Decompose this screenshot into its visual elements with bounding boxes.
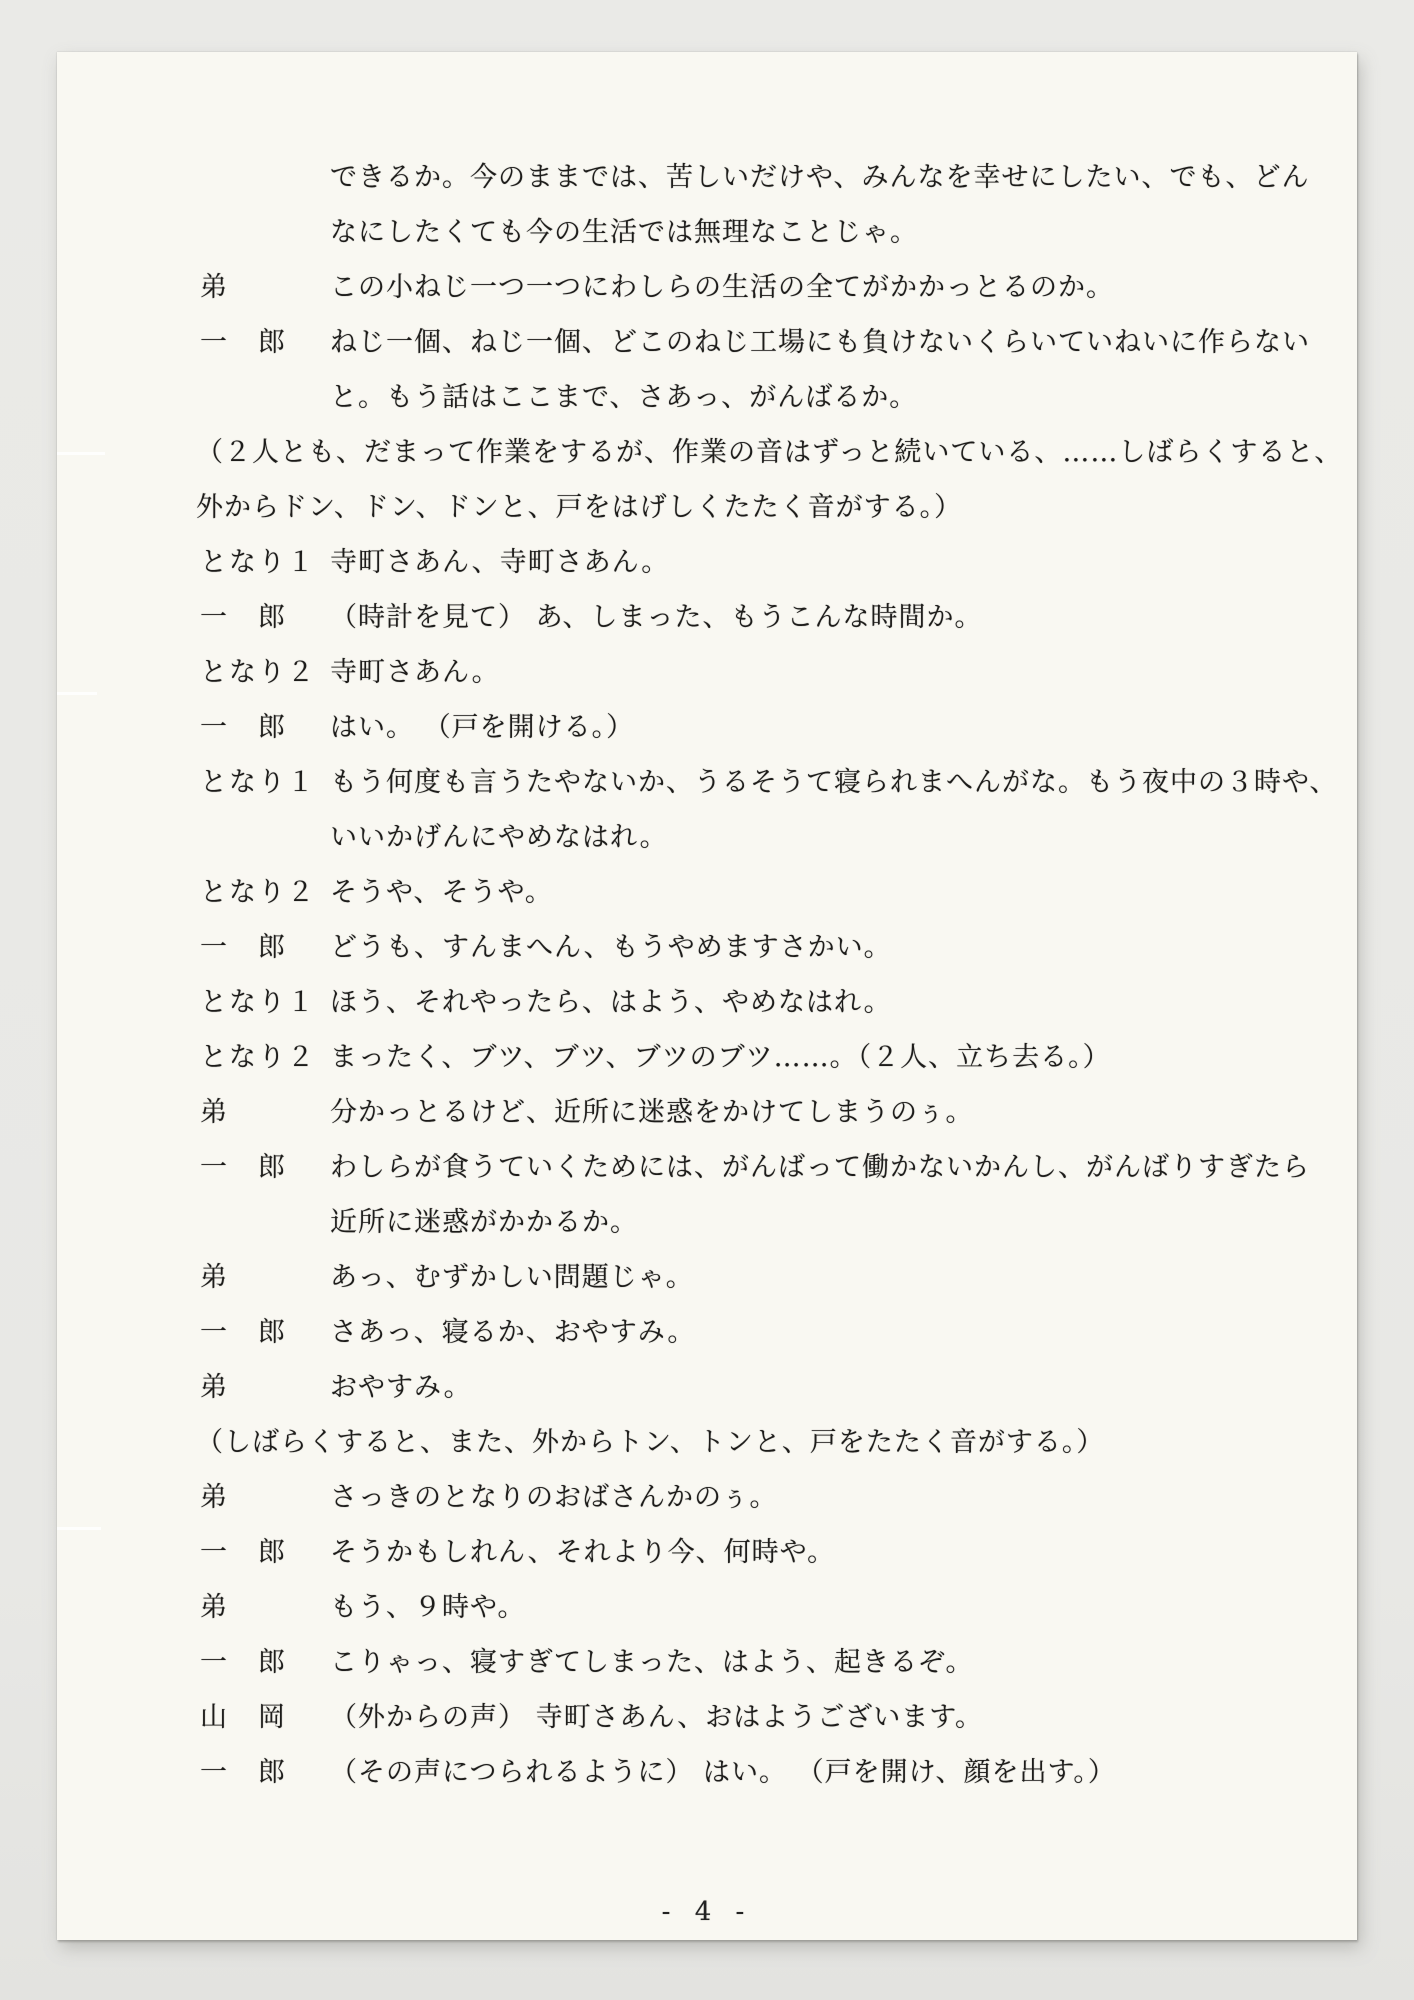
line-text: ねじ一個、ねじ一個、どこのねじ工場にも負けないくらいていねいに作らない — [330, 327, 1310, 358]
line-text: はい。 （戸を開ける。） — [330, 712, 634, 743]
script-line: 弟 おやすみ。 — [57, 1372, 1357, 1427]
speaker-name: 弟 — [200, 272, 229, 303]
line-text: わしらが食うていくためには、がんばって働かないかんし、がんばりすぎたら — [330, 1152, 1310, 1183]
script-line: 近所に迷惑がかかるか。 — [57, 1207, 1357, 1262]
line-text: （その声につられるように） はい。 （戸を開け、顔を出す。） — [330, 1757, 1116, 1788]
script-line: なにしたくても今の生活では無理なことじゃ。 — [57, 217, 1357, 272]
line-text: （外からの声） 寺町さあん、おはようございます。 — [330, 1702, 983, 1733]
script-line: となり２ まったく、ブツ、ブツ、ブツのブツ……。（２人、立ち去る。） — [57, 1042, 1357, 1097]
script-line: 山 岡 （外からの声） 寺町さあん、おはようございます。 — [57, 1702, 1357, 1757]
line-text: （時計を見て） あ、しまった、もうこんな時間か。 — [330, 602, 983, 633]
line-text: できるか。今のままでは、苦しいだけや、みんなを幸せにしたい、でも、どん — [330, 162, 1309, 193]
speaker-name: 弟 — [200, 1482, 229, 1513]
line-text: いいかげんにやめなはれ。 — [330, 822, 668, 853]
speaker-name: 弟 — [200, 1592, 229, 1623]
line-text: と。もう話はここまで、さあっ、がんばるか。 — [330, 382, 917, 413]
line-text: さっきのとなりのおばさんかのぅ。 — [330, 1482, 777, 1513]
speaker-name: となり１ — [200, 547, 316, 578]
speaker-name: 弟 — [200, 1097, 229, 1128]
speaker-name: 弟 — [200, 1372, 229, 1403]
line-text: もう、９時や。 — [330, 1592, 525, 1623]
line-text: さあっ、寝るか、おやすみ。 — [330, 1317, 695, 1348]
script-line: 一 郎 （時計を見て） あ、しまった、もうこんな時間か。 — [57, 602, 1357, 657]
script-line: となり１ ほう、それやったら、はよう、やめなはれ。 — [57, 987, 1357, 1042]
speaker-name: となり２ — [200, 1042, 316, 1073]
script-line: 弟 分かっとるけど、近所に迷惑をかけてしまうのぅ。 — [57, 1097, 1357, 1152]
script-line: （２人とも、だまって作業をするが、作業の音はずっと続いている、……しばらくすると… — [57, 437, 1357, 492]
line-text: この小ねじ一つ一つにわしらの生活の全てがかかっとるのか。 — [330, 272, 1114, 303]
speaker-name: 一 郎 — [200, 1317, 287, 1348]
line-text: おやすみ。 — [330, 1372, 472, 1403]
scan-background: できるか。今のままでは、苦しいだけや、みんなを幸せにしたい、でも、どん なにした… — [0, 0, 1414, 2000]
script-line: となり１ もう何度も言うたやないか、うるそうて寝られまへんがな。もう夜中の３時や… — [57, 767, 1357, 822]
line-text: もう何度も言うたやないか、うるそうて寝られまへんがな。もう夜中の３時や、 — [330, 767, 1337, 798]
script-line: 外からドン、ドン、ドンと、戸をはげしくたたく音がする。） — [57, 492, 1357, 547]
page-number: - 4 - — [57, 1897, 1357, 1927]
speaker-name: 一 郎 — [200, 1647, 287, 1678]
line-text: 外からドン、ドン、ドンと、戸をはげしくたたく音がする。） — [196, 492, 962, 523]
speaker-name: 一 郎 — [200, 1537, 287, 1568]
speaker-name: 一 郎 — [200, 327, 287, 358]
script-line: 弟 あっ、むずかしい問題じゃ。 — [57, 1262, 1357, 1317]
speaker-name: 弟 — [200, 1262, 229, 1293]
script-line: 一 郎 はい。 （戸を開ける。） — [57, 712, 1357, 767]
document-page: できるか。今のままでは、苦しいだけや、みんなを幸せにしたい、でも、どん なにした… — [57, 52, 1357, 1940]
line-text: まったく、ブツ、ブツ、ブツのブツ……。（２人、立ち去る。） — [330, 1042, 1111, 1073]
script-line: と。もう話はここまで、さあっ、がんばるか。 — [57, 382, 1357, 437]
line-text: ほう、それやったら、はよう、やめなはれ。 — [330, 987, 892, 1018]
line-text: こりゃっ、寝すぎてしまった、はよう、起きるぞ。 — [330, 1647, 973, 1678]
script-line: 一 郎 そうかもしれん、それより今、何時や。 — [57, 1537, 1357, 1592]
speaker-name: となり１ — [200, 767, 316, 798]
line-text: どうも、すんまへん、もうやめますさかい。 — [330, 932, 892, 963]
line-text: 寺町さあん、寺町さあん。 — [330, 547, 669, 578]
line-text: 寺町さあん。 — [330, 657, 500, 688]
speaker-name: となり１ — [200, 987, 316, 1018]
script-line: 一 郎 ねじ一個、ねじ一個、どこのねじ工場にも負けないくらいていねいに作らない — [57, 327, 1357, 382]
line-text: そうかもしれん、それより今、何時や。 — [330, 1537, 835, 1568]
speaker-name: 山 岡 — [200, 1702, 287, 1733]
script-line: 一 郎 こりゃっ、寝すぎてしまった、はよう、起きるぞ。 — [57, 1647, 1357, 1702]
speaker-name: 一 郎 — [200, 932, 287, 963]
script-line: 一 郎 わしらが食うていくためには、がんばって働かないかんし、がんばりすぎたら — [57, 1152, 1357, 1207]
script-line: となり２ 寺町さあん。 — [57, 657, 1357, 712]
speaker-name: 一 郎 — [200, 1152, 287, 1183]
script-line: 一 郎 どうも、すんまへん、もうやめますさかい。 — [57, 932, 1357, 987]
script-line: 弟 さっきのとなりのおばさんかのぅ。 — [57, 1482, 1357, 1537]
script-line: 弟 もう、９時や。 — [57, 1592, 1357, 1647]
line-text: そうや、そうや。 — [330, 877, 553, 908]
speaker-name: となり２ — [200, 657, 316, 688]
script-line: となり２ そうや、そうや。 — [57, 877, 1357, 932]
script-line: （しばらくすると、また、外からトン、トンと、戸をたたく音がする。） — [57, 1427, 1357, 1482]
script-line: いいかげんにやめなはれ。 — [57, 822, 1357, 877]
script-line: 弟 この小ねじ一つ一つにわしらの生活の全てがかかっとるのか。 — [57, 272, 1357, 327]
speaker-name: 一 郎 — [200, 1757, 287, 1788]
speaker-name: となり２ — [200, 877, 316, 908]
line-text: あっ、むずかしい問題じゃ。 — [330, 1262, 694, 1293]
script-line: 一 郎 （その声につられるように） はい。 （戸を開け、顔を出す。） — [57, 1757, 1357, 1812]
line-text: 近所に迷惑がかかるか。 — [330, 1207, 638, 1238]
line-text: なにしたくても今の生活では無理なことじゃ。 — [330, 217, 918, 248]
script-line: できるか。今のままでは、苦しいだけや、みんなを幸せにしたい、でも、どん — [57, 162, 1357, 217]
line-text: （２人とも、だまって作業をするが、作業の音はずっと続いている、……しばらくすると… — [196, 437, 1342, 468]
line-text: 分かっとるけど、近所に迷惑をかけてしまうのぅ。 — [330, 1097, 973, 1128]
speaker-name: 一 郎 — [200, 712, 287, 743]
script-line: 一 郎 さあっ、寝るか、おやすみ。 — [57, 1317, 1357, 1372]
line-text: （しばらくすると、また、外からトン、トンと、戸をたたく音がする。） — [196, 1427, 1104, 1458]
script-line: となり１ 寺町さあん、寺町さあん。 — [57, 547, 1357, 602]
script-body: できるか。今のままでは、苦しいだけや、みんなを幸せにしたい、でも、どん なにした… — [57, 162, 1357, 1812]
speaker-name: 一 郎 — [200, 602, 287, 633]
